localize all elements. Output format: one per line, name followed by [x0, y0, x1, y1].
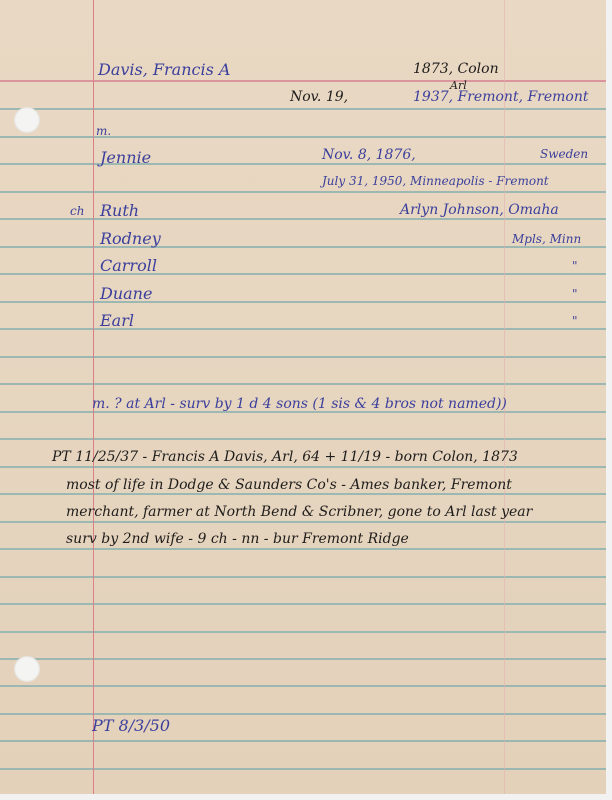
spouse-birth-place: Sweden	[540, 148, 588, 160]
child-note: Mpls, Minn	[512, 233, 581, 245]
residence-note: m. ? at Arl - surv by 1 d 4 sons (1 sis …	[92, 397, 507, 411]
rule-line	[0, 246, 606, 248]
child-name: Earl	[100, 313, 134, 329]
subject-name: Davis, Francis A	[98, 62, 230, 78]
child-name: Carroll	[100, 258, 157, 274]
rule-line	[0, 356, 606, 358]
rule-line	[0, 603, 606, 605]
rule-line	[0, 713, 606, 715]
rule-line	[0, 466, 606, 468]
rule-line	[0, 328, 606, 330]
rule-line	[0, 163, 606, 165]
obituary-line: merchant, farmer at North Bend & Scribne…	[66, 505, 532, 519]
rule-line	[0, 658, 606, 660]
obituary-line: most of life in Dodge & Saunders Co's - …	[66, 478, 512, 492]
scan-edge-right	[606, 0, 612, 800]
rule-line	[0, 685, 606, 687]
rule-line	[0, 548, 606, 550]
spouse-birth: Nov. 8, 1876,	[322, 148, 416, 162]
obituary-line: PT 11/25/37 - Francis A Davis, Arl, 64 +…	[52, 450, 518, 464]
child-note: Arlyn Johnson, Omaha	[400, 203, 559, 217]
rule-line	[0, 301, 606, 303]
child-name: Rodney	[100, 231, 161, 247]
children-label: ch	[70, 205, 84, 217]
rule-line	[0, 631, 606, 633]
rule-line	[0, 740, 606, 742]
spouse-death: July 31, 1950, Minneapolis - Fremont	[322, 175, 549, 187]
death-date: Nov. 19,	[290, 90, 348, 104]
death-year-place: 1937, Fremont, Fremont	[413, 90, 589, 104]
punch-hole-bottom	[14, 656, 40, 682]
child-name: Duane	[100, 286, 152, 302]
rule-line	[0, 108, 606, 110]
ruled-paper: Davis, Francis A 1873, Colon Nov. 19, Ar…	[0, 0, 606, 794]
rule-line	[0, 218, 606, 220]
rule-line	[0, 576, 606, 578]
rule-line	[0, 273, 606, 275]
footer-reference: PT 8/3/50	[92, 718, 170, 734]
child-note: "	[572, 288, 578, 300]
spouse-name: Jennie	[100, 150, 151, 166]
child-note: "	[572, 315, 578, 327]
scan-edge-bottom	[0, 794, 612, 800]
obituary-line: surv by 2nd wife - 9 ch - nn - bur Fremo…	[66, 532, 409, 546]
punch-hole-top	[14, 107, 40, 133]
rule-line	[0, 493, 606, 495]
child-note: "	[572, 260, 578, 272]
child-name: Ruth	[100, 203, 139, 219]
rule-line	[0, 768, 606, 770]
rule-line	[0, 438, 606, 440]
birth-year-place: 1873, Colon	[413, 62, 499, 76]
spouse-label: m.	[96, 125, 111, 137]
rule-line	[0, 521, 606, 523]
rule-line	[0, 191, 606, 193]
rule-line	[0, 383, 606, 385]
top-red-rule	[0, 80, 606, 82]
rule-line	[0, 136, 606, 138]
